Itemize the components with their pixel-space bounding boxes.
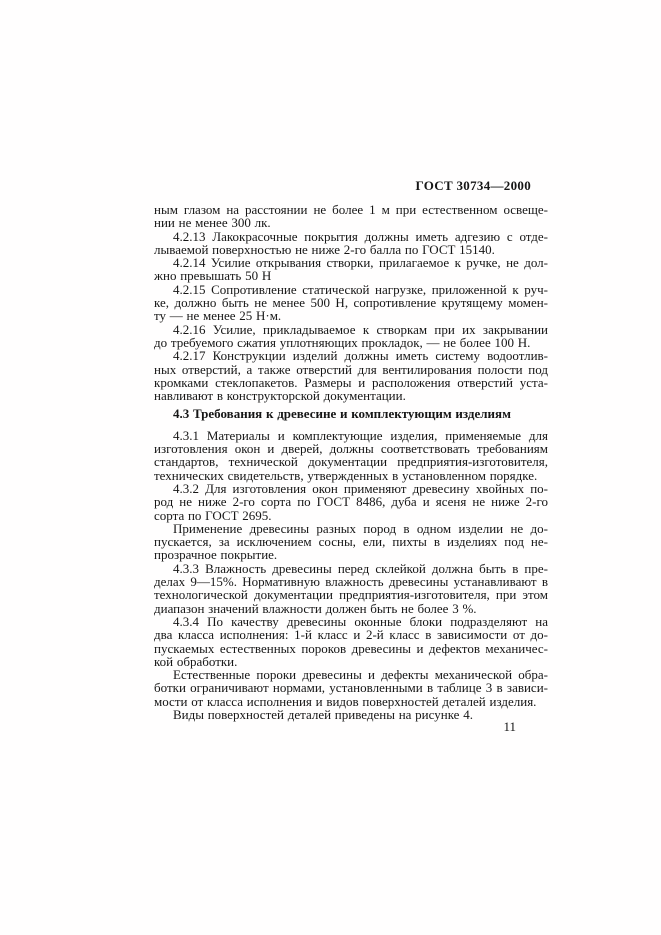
text-line: пускаемых естественных пороков древесины… — [154, 642, 548, 655]
text-line: два класса исполнения: 1-й класс и 2-й к… — [154, 628, 548, 641]
text-line: ботки ограничивают нормами, установленны… — [154, 681, 548, 694]
paragraph: 4.3.1 Материалы и комплектующие изделия,… — [154, 429, 548, 482]
text-line: навливают в конструкторской документации… — [154, 389, 548, 402]
text-line: ту — не менее 25 Н·м. — [154, 309, 548, 322]
text-line: диапазон значений влажности должен быть … — [154, 602, 548, 615]
text-line: 4.3.4 По качеству древесины оконные блок… — [154, 615, 548, 628]
text-line: мости от класса исполнения и видов повер… — [154, 695, 548, 708]
text-line: делах 9—15%. Нормативную влажность древе… — [154, 575, 548, 588]
text-line: ных отверстий, а также отверстий для вен… — [154, 363, 548, 376]
text-line: прозрачное покрытие. — [154, 548, 548, 561]
paragraph: Применение древесины разных пород в одно… — [154, 522, 548, 562]
page-number: 11 — [154, 719, 548, 735]
text-line: 4.3.3 Влажность древесины перед склейкой… — [154, 562, 548, 575]
text-line: кой обработки. — [154, 655, 548, 668]
text-line: кромками стеклопакетов. Размеры и распол… — [154, 376, 548, 389]
text-line: ным глазом на расстоянии не более 1 м пр… — [154, 203, 548, 216]
text-line: технических свидетельств, утвержденных в… — [154, 469, 548, 482]
standard-ref: ГОСТ 30734—2000 — [415, 178, 531, 193]
section-heading: 4.3 Требования к древесине и комплектующ… — [154, 407, 548, 420]
paragraph: 4.3.3 Влажность древесины перед склейкой… — [154, 562, 548, 615]
paragraph: 4.3.2 Для изготовления окон применяют др… — [154, 482, 548, 522]
text-line: 4.2.14 Усилие открывания створки, прилаг… — [154, 256, 548, 269]
running-header: ГОСТ 30734—2000 — [154, 178, 531, 194]
document-page: ГОСТ 30734—2000 ным глазом на расстоянии… — [0, 0, 661, 935]
text-line: ке, должно быть не менее 500 Н, сопротив… — [154, 296, 548, 309]
document-body: ным глазом на расстоянии не более 1 м пр… — [154, 203, 548, 721]
paragraph: Естественные пороки древесины и дефекты … — [154, 668, 548, 708]
text-line: стандартов, технической документации пре… — [154, 455, 548, 468]
paragraph: 4.2.15 Сопротивление статической нагрузк… — [154, 283, 548, 323]
text-line: технологической документации предприятия… — [154, 588, 548, 601]
paragraph: 4.2.16 Усилие, прикладываемое к створкам… — [154, 323, 548, 350]
text-line: жно превышать 50 Н — [154, 269, 548, 282]
paragraph: 4.2.17 Конструкции изделий должны иметь … — [154, 349, 548, 402]
text-line: нии не менее 300 лк. — [154, 216, 548, 229]
text-line: 4.2.17 Конструкции изделий должны иметь … — [154, 349, 548, 362]
text-line: 4.3 Требования к древесине и комплектующ… — [154, 407, 548, 420]
text-line: 4.2.16 Усилие, прикладываемое к створкам… — [154, 323, 548, 336]
text-line: 4.2.13 Лакокрасочные покрытия должны име… — [154, 230, 548, 243]
paragraph: ным глазом на расстоянии не более 1 м пр… — [154, 203, 548, 230]
paragraph: 4.3.4 По качеству древесины оконные блок… — [154, 615, 548, 668]
text-line: до требуемого сжатия уплотняющих проклад… — [154, 336, 548, 349]
text-line: род не ниже 2-го сорта по ГОСТ 8486, дуб… — [154, 495, 548, 508]
text-line: Применение древесины разных пород в одно… — [154, 522, 548, 535]
text-line: 4.3.1 Материалы и комплектующие изделия,… — [154, 429, 548, 442]
text-line: изготовления окон и дверей, должны соотв… — [154, 442, 548, 455]
text-line: сорта по ГОСТ 2695. — [154, 509, 548, 522]
text-line: 4.2.15 Сопротивление статической нагрузк… — [154, 283, 548, 296]
text-line: пускается, за исключением сосны, ели, пи… — [154, 535, 548, 548]
paragraph: 4.2.13 Лакокрасочные покрытия должны име… — [154, 230, 548, 257]
paragraph: 4.2.14 Усилие открывания створки, прилаг… — [154, 256, 548, 283]
text-line: Естественные пороки древесины и дефекты … — [154, 668, 548, 681]
text-line: лываемой поверхностью не ниже 2-го балла… — [154, 243, 548, 256]
text-line: 4.3.2 Для изготовления окон применяют др… — [154, 482, 548, 495]
